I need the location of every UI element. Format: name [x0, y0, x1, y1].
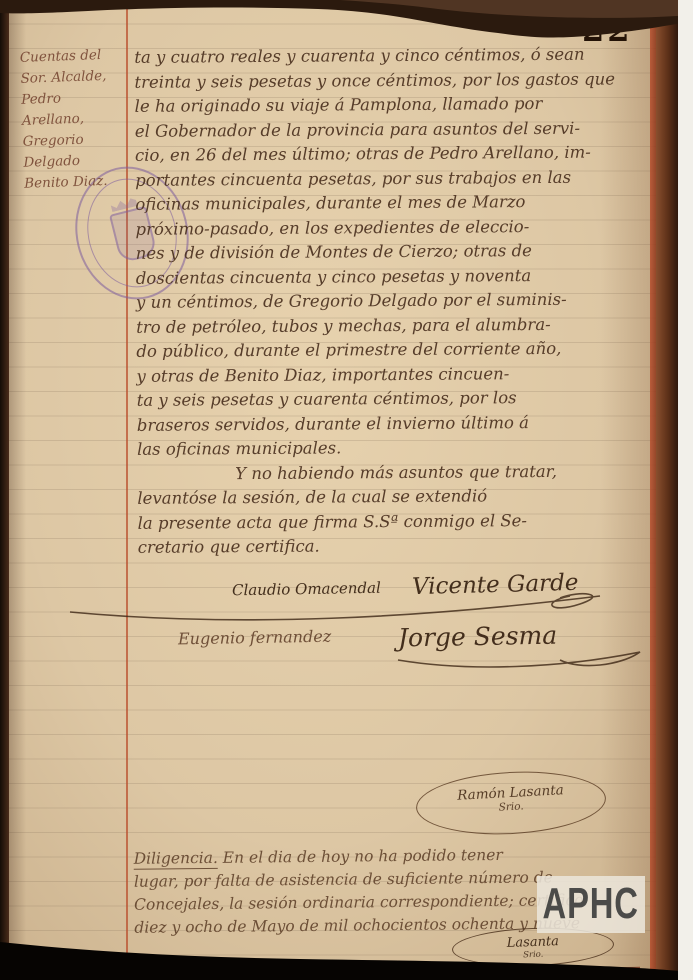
body-line: y otras de Benito Diaz, importantes cinc… [136, 361, 658, 389]
closing-line: levantóse la sesión, de la cual se exten… [137, 483, 659, 511]
body-line: le ha originado su viaje á Pamplona, lla… [135, 91, 657, 119]
diligencia-first-text: En el dia de hoy no ha podido tener [218, 846, 503, 867]
margin-note: Cuentas delSor. Alcalde,Pedro Arellano,G… [19, 44, 128, 195]
body-line: las oficinas municipales. [137, 434, 659, 462]
closing-line: Y no habiendo más asuntos que tratar, [137, 459, 659, 487]
body-line: ta y seis pesetas y cuarenta céntimos, p… [137, 385, 659, 413]
closing-line: cretario que certifica. [138, 532, 660, 560]
body-paragraph: ta y cuatro reales y cuarenta y cinco cé… [134, 42, 659, 462]
bottom-shadow-edge [0, 934, 693, 980]
signature-claudio: Claudio Omacendal [232, 579, 381, 600]
watermark-text: APHC [543, 880, 639, 929]
body-line: oficinas municipales, durante el mes de … [135, 189, 657, 217]
body-line: portantes cincuenta pesetas, por sus tra… [135, 165, 657, 193]
body-line: nes y de división de Montes de Cierzo; o… [136, 238, 658, 266]
scanner-background-strip [678, 0, 693, 980]
diligencia-label: Diligencia. [134, 849, 218, 870]
margin-note-line: Benito Diaz. [24, 170, 129, 195]
body-line: cio, en 26 del mes último; otras de Pedr… [135, 140, 657, 168]
signature-vicente: Vicente Garde [412, 570, 579, 600]
margin-note-line: Gregorio Delgado [22, 128, 127, 174]
archive-watermark: APHC [537, 876, 645, 933]
signature-eugenio: Eugenio fernandez [178, 627, 331, 649]
body-line: próximo-pasado, en los expedientes de el… [135, 214, 657, 242]
manuscript-scan: 22– Cuentas delSor. Alcalde,Pedro Arella… [0, 0, 693, 980]
closing-line: la presente acta que firma S.Sª conmigo … [137, 508, 659, 536]
body-line: ta y cuatro reales y cuarenta y cinco cé… [134, 42, 656, 70]
body-line: tro de petróleo, tubos y mechas, para el… [136, 312, 658, 340]
body-line: do público, durante el primestre del cor… [136, 336, 658, 364]
closing-paragraph: Y no habiendo más asuntos que tratar,lev… [137, 459, 660, 561]
body-line: doscientas cincuenta y cinco pesetas y n… [136, 263, 658, 291]
signature-jorge: Jorge Sesma [398, 621, 558, 653]
top-binding-edge [0, 0, 693, 46]
body-line: y un céntimos, de Gregorio Delgado por e… [136, 287, 658, 315]
margin-note-line: Pedro Arellano, [21, 86, 126, 132]
body-text: ta y cuatro reales y cuarenta y cinco cé… [134, 42, 660, 560]
body-line: el Gobernador de la provincia para asunt… [135, 116, 657, 144]
body-line: treinta y seis pesetas y once céntimos, … [134, 67, 656, 95]
body-line: braseros servidos, durante el invierno ú… [137, 410, 659, 438]
